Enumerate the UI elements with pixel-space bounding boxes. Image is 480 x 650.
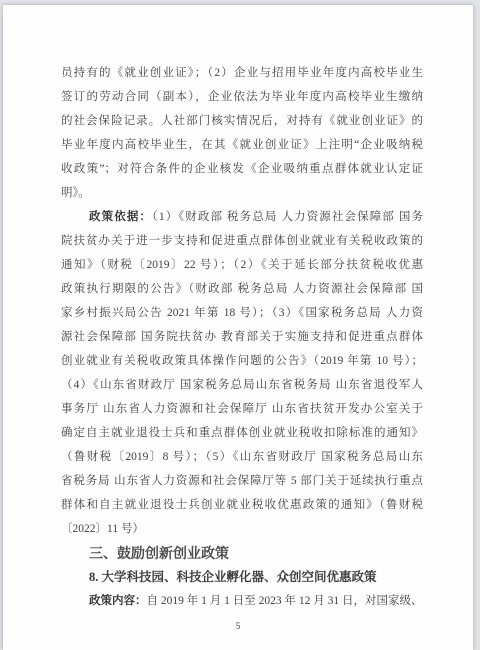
text-line: 确定自主就业退役士兵和重点群体创业就业税收扣除标准的通知》: [61, 421, 423, 445]
section-heading: 三、鼓励创新创业政策: [61, 541, 423, 565]
text-line: 家乡村振兴局公告 2021 年第 18 号）；（3）《国家税务总局 人力资: [61, 301, 423, 325]
text-line: （4）《山东省财政厅 国家税务总局山东省税务局 山东省退役军人: [61, 373, 423, 397]
text-line: 通知》（财税〔2019〕22 号）；（2）《关于延长部分扶贫税收优惠: [61, 253, 423, 277]
text-line: 〔2022〕11 号）: [61, 517, 423, 541]
text-line: 源社会保障部 国务院扶贫办 教育部关于实施支持和促进重点群体: [61, 325, 423, 349]
text-line: （1）《财政部 税务总局 人力资源社会保障部 国务: [152, 211, 423, 223]
policy-basis-line: 政策依据：（1）《财政部 税务总局 人力资源社会保障部 国务: [61, 205, 423, 229]
document-page: 员持有的《就业创业证》；（2）企业与招用毕业年度内高校毕业生 签订的劳动合同（副…: [3, 5, 473, 650]
text-line: 毕业年度内高校毕业生，在其《就业创业证》上注明“企业吸纳税: [61, 133, 423, 157]
text-line: （鲁财税〔2019〕8 号）；（5）《山东省财政厅 国家税务总局山东: [61, 445, 423, 469]
page-number: 5: [3, 621, 473, 631]
text-line: 院扶贫办关于进一步支持和促进重点群体创业就业有关税收政策的: [61, 229, 423, 253]
text-line: 明》。: [61, 181, 423, 205]
text-line: 收政策”；对符合条件的企业核发《企业吸纳重点群体就业认定证: [61, 157, 423, 181]
text-line: 员持有的《就业创业证》；（2）企业与招用毕业年度内高校毕业生: [61, 61, 423, 85]
text-line: 政策执行期限的公告》（财政部 税务总局 人力资源社会保障部 国: [61, 277, 423, 301]
document-body: 员持有的《就业创业证》；（2）企业与招用毕业年度内高校毕业生 签订的劳动合同（副…: [61, 61, 423, 613]
text-line: 签订的劳动合同（副本），企业依法为毕业年度内高校毕业生缴纳: [61, 85, 423, 109]
text-line: 省税务局 山东省人力资源和社会保障厅等 5 部门关于延续执行重点: [61, 469, 423, 493]
text-line: 自 2019 年 1 月 1 日至 2023 年 12 月 31 日，对国家级、: [147, 595, 423, 607]
text-line: 群体和自主就业退役士兵创业就业税收优惠政策的通知》（鲁财税: [61, 493, 423, 517]
policy-content-label: 政策内容：: [89, 595, 147, 607]
text-line: 事务厅 山东省人力资源和社会保障厅 山东省扶贫开发办公室关于: [61, 397, 423, 421]
text-line: 创业就业有关税收政策具体操作问题的公告》（2019 年第 10 号）；: [61, 349, 423, 373]
policy-basis-label: 政策依据：: [89, 211, 152, 223]
item-heading: 8. 大学科技园、科技企业孵化器、众创空间优惠政策: [61, 565, 423, 589]
text-line: 的社会保险记录。人社部门核实情况后，对持有《就业创业证》的: [61, 109, 423, 133]
policy-content-line: 政策内容：自 2019 年 1 月 1 日至 2023 年 12 月 31 日，…: [61, 589, 423, 613]
